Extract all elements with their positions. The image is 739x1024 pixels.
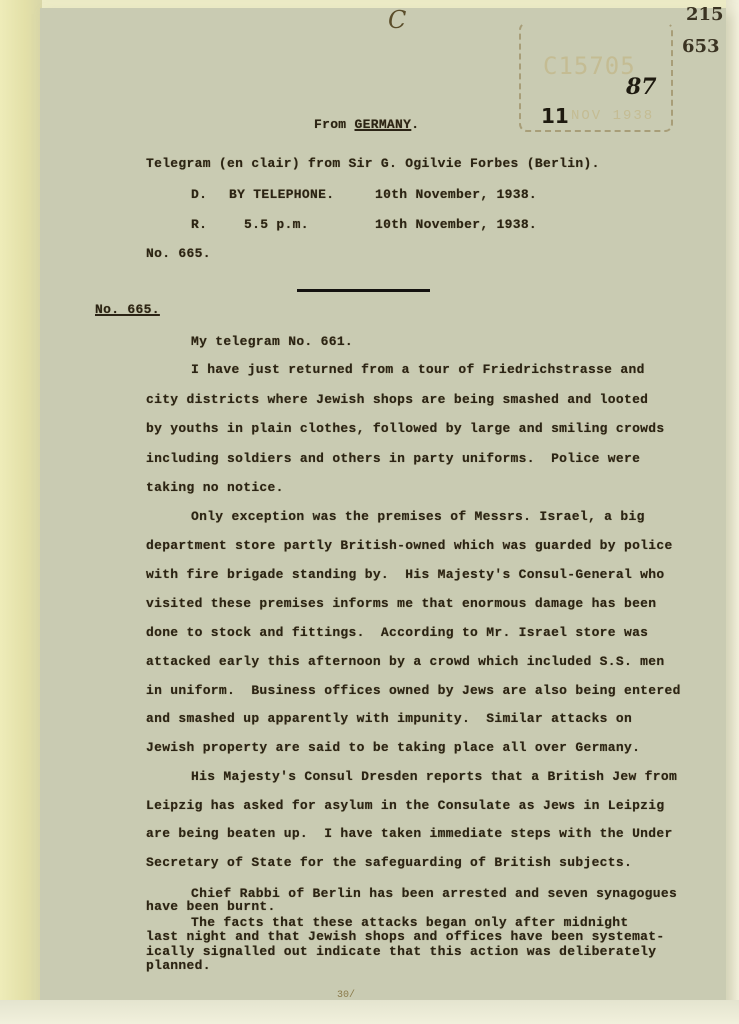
paragraph-line: The facts that these attacks began only … [191,916,628,929]
paragraph-line: ically signalled out indicate that this … [146,945,656,958]
page-right-edge [726,0,739,1024]
stamp-day: 11 [541,104,569,128]
paragraph-line: department store partly British-owned wh… [146,538,673,553]
paragraph-line: city districts where Jewish shops are be… [146,392,648,407]
paragraph-line: Only exception was the premises of Messr… [191,509,645,524]
received-time: 5.5 p.m. [244,217,309,232]
paragraph-line: in uniform. Business offices owned by Je… [146,683,681,698]
paragraph-line: I have just returned from a tour of Frie… [191,362,645,377]
paragraph-line: planned. [146,959,211,972]
paragraph-line: attacked early this afternoon by a crowd… [146,654,664,669]
telegram-reference: My telegram No. 661. [191,334,353,349]
paragraph-line: His Majesty's Consul Dresden reports tha… [191,769,677,784]
from-label: From [314,117,346,132]
paragraph-line: are being beaten up. I have taken immedi… [146,826,673,841]
pencil-annotation: C [388,6,406,34]
paragraph-line: Secretary of State for the safeguarding … [146,855,632,870]
dispatched-method: BY TELEPHONE. [229,187,334,202]
page-bottom-edge [0,1000,739,1024]
from-line: From GERMANY. [314,117,419,132]
paragraph-line: and smashed up apparently with impunity.… [146,711,632,726]
paragraph-line: have been burnt. [146,900,276,913]
separator-rule [297,289,430,292]
received-label: R. [191,217,207,232]
paragraph-line: including soldiers and others in party u… [146,451,640,466]
stamp-month-year: NOV 1938 [571,108,654,124]
dispatched-date: 10th November, 1938. [375,187,537,202]
paragraph-line: visited these premises informs me that e… [146,596,656,611]
stamp-registry-number: C15705 [543,52,636,80]
paragraph-line: with fire brigade standing by. His Majes… [146,567,664,582]
dispatched-label: D. [191,187,207,202]
telegram-line: Telegram (en clair) from Sir G. Ogilvie … [146,156,600,171]
paragraph-line: done to stock and fittings. According to… [146,625,648,640]
paragraph-line: Leipzig has asked for asylum in the Cons… [146,798,664,813]
folio-number-top: 215 [686,4,724,25]
folio-number-bottom: 653 [682,36,720,57]
from-country: GERMANY [355,117,412,132]
paragraph-line: last night and that Jewish shops and off… [146,930,664,943]
received-date: 10th November, 1938. [375,217,537,232]
paragraph-line: Jewish property are said to be taking pl… [146,740,640,755]
telegram-number: No. 665. [146,246,211,261]
priority-label: No. 665. [95,302,160,317]
from-period: . [411,117,419,132]
paragraph-line: taking no notice. [146,480,284,495]
paragraph-line: by youths in plain clothes, followed by … [146,421,664,436]
registry-stamp: C15705 87 11 NOV 1938 [519,22,673,132]
page-binding-edge [0,0,42,1024]
stamp-handwritten-number: 87 [626,74,657,100]
